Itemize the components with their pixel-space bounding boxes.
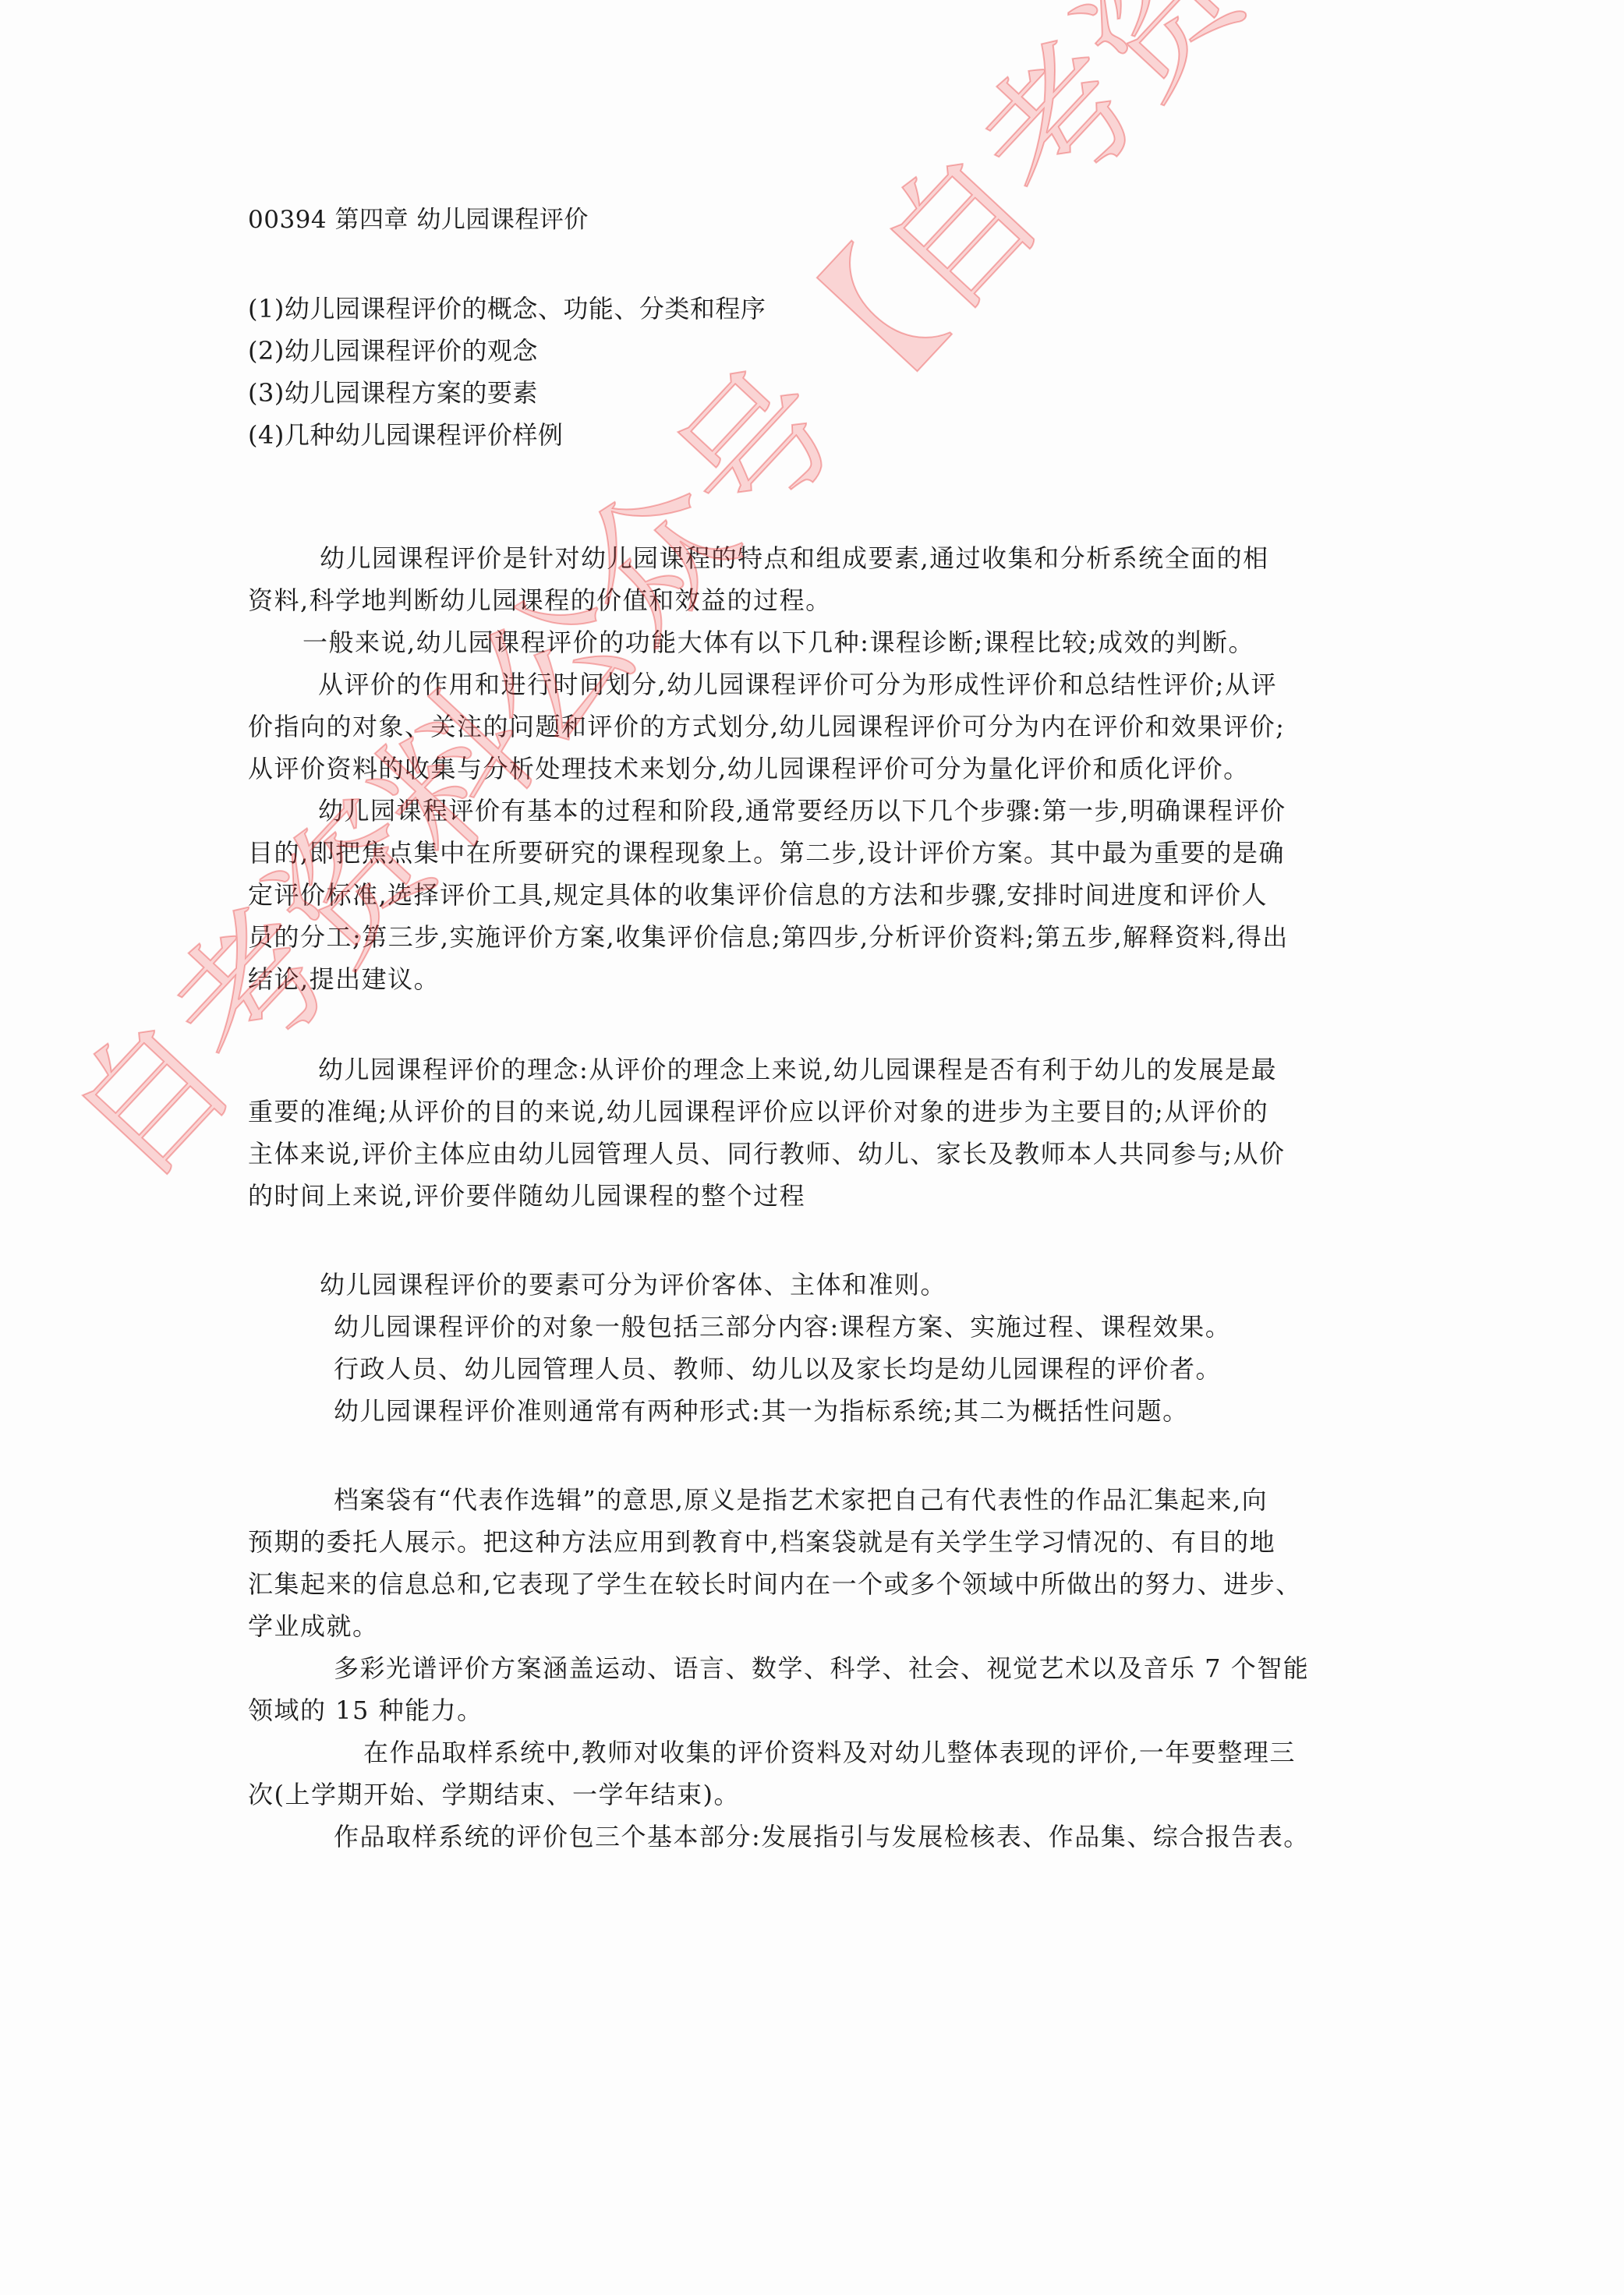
paragraph-line: 幼儿园课程评价的理念:从评价的理念上来说,幼儿园课程是否有利于幼儿的发展是最 (318, 1054, 1277, 1085)
paragraph-line: 员的分工;第三步,实施评价方案,收集评价信息;第四步,分析评价资料;第五步,解释… (248, 921, 1289, 953)
paragraph-line: 领域的 15 种能力。 (248, 1695, 483, 1726)
paragraph-line: 的时间上来说,评价要伴随幼儿园课程的整个过程 (248, 1180, 805, 1211)
paragraph-line: 幼儿园课程评价的对象一般包括三部分内容:课程方案、实施过程、课程效果。 (334, 1311, 1231, 1342)
paragraph-line: 幼儿园课程评价准则通常有两种形式:其一为指标系统;其二为概括性问题。 (334, 1395, 1189, 1427)
document-page: 00394 第四章 幼儿园课程评价 (1)幼儿园课程评价的概念、功能、分类和程序… (0, 0, 1624, 2295)
outline-item-1: (1)幼儿园课程评价的概念、功能、分类和程序 (248, 293, 766, 324)
paragraph-line: 汇集起来的信息总和,它表现了学生在较长时间内在一个或多个领域中所做出的努力、进步… (248, 1568, 1302, 1600)
paragraph-line: 一般来说,幼儿园课程评价的功能大体有以下几种:课程诊断;课程比较;成效的判断。 (303, 627, 1254, 658)
paragraph-line: 从评价资料的收集与分析处理技术来划分,幼儿园课程评价可分为量化评价和质化评价。 (248, 753, 1250, 784)
paragraph-line: 价指向的对象、关注的问题和评价的方式划分,幼儿园课程评价可分为内在评价和效果评价… (248, 711, 1285, 742)
paragraph-line: 次(上学期开始、学期结束、一学年结束)。 (248, 1779, 740, 1810)
paragraph-line: 定评价标准,选择评价工具,规定具体的收集评价信息的方法和步骤,安排时间进度和评价… (248, 879, 1268, 911)
outline-item-3: (3)幼儿园课程方案的要素 (248, 377, 538, 408)
paragraph-line: 行政人员、幼儿园管理人员、教师、幼儿以及家长均是幼儿园课程的评价者。 (334, 1353, 1222, 1384)
paragraph-line: 幼儿园课程评价有基本的过程和阶段,通常要经历以下几个步骤:第一步,明确课程评价 (318, 795, 1286, 826)
paragraph-line: 预期的委托人展示。把这种方法应用到教育中,档案袋就是有关学生学习情况的、有目的地 (248, 1526, 1275, 1558)
paragraph-line: 资料,科学地判断幼儿园课程的价值和效益的过程。 (248, 585, 832, 616)
paragraph-line: 目的,即把焦点集中在所要研究的课程现象上。第二步,设计评价方案。其中最为重要的是… (248, 837, 1285, 868)
paragraph-line: 结论,提出建议。 (248, 964, 440, 995)
paragraph-line: 幼儿园课程评价是针对幼儿园课程的特点和组成要素,通过收集和分析系统全面的相 (320, 543, 1269, 574)
paragraph-line: 主体来说,评价主体应由幼儿园管理人员、同行教师、幼儿、家长及教师本人共同参与;从… (248, 1138, 1285, 1169)
paragraph-line: 从评价的作用和进行时间划分,幼儿园课程评价可分为形成性评价和总结性评价;从评 (318, 669, 1277, 700)
outline-item-4: (4)几种幼儿园课程评价样例 (248, 419, 563, 451)
chapter-title: 00394 第四章 幼儿园课程评价 (248, 204, 589, 235)
paragraph-line: 重要的准绳;从评价的目的来说,幼儿园课程评价应以评价对象的进步为主要目的;从评价… (248, 1096, 1268, 1127)
paragraph-line: 幼儿园课程评价的要素可分为评价客体、主体和准则。 (320, 1269, 946, 1300)
paragraph-line: 学业成就。 (248, 1611, 379, 1642)
outline-item-2: (2)幼儿园课程评价的观念 (248, 335, 538, 366)
paragraph-line: 多彩光谱评价方案涵盖运动、语言、数学、科学、社会、视觉艺术以及音乐 7 个智能 (334, 1653, 1309, 1684)
paragraph-line: 在作品取样系统中,教师对收集的评价资料及对幼儿整体表现的评价,一年要整理三 (363, 1737, 1296, 1768)
paragraph-line: 档案袋有“代表作选辑”的意思,原义是指艺术家把自己有代表性的作品汇集起来,向 (334, 1484, 1268, 1515)
paragraph-line: 作品取样系统的评价包三个基本部分:发展指引与发展检核表、作品集、综合报告表。 (334, 1821, 1310, 1852)
